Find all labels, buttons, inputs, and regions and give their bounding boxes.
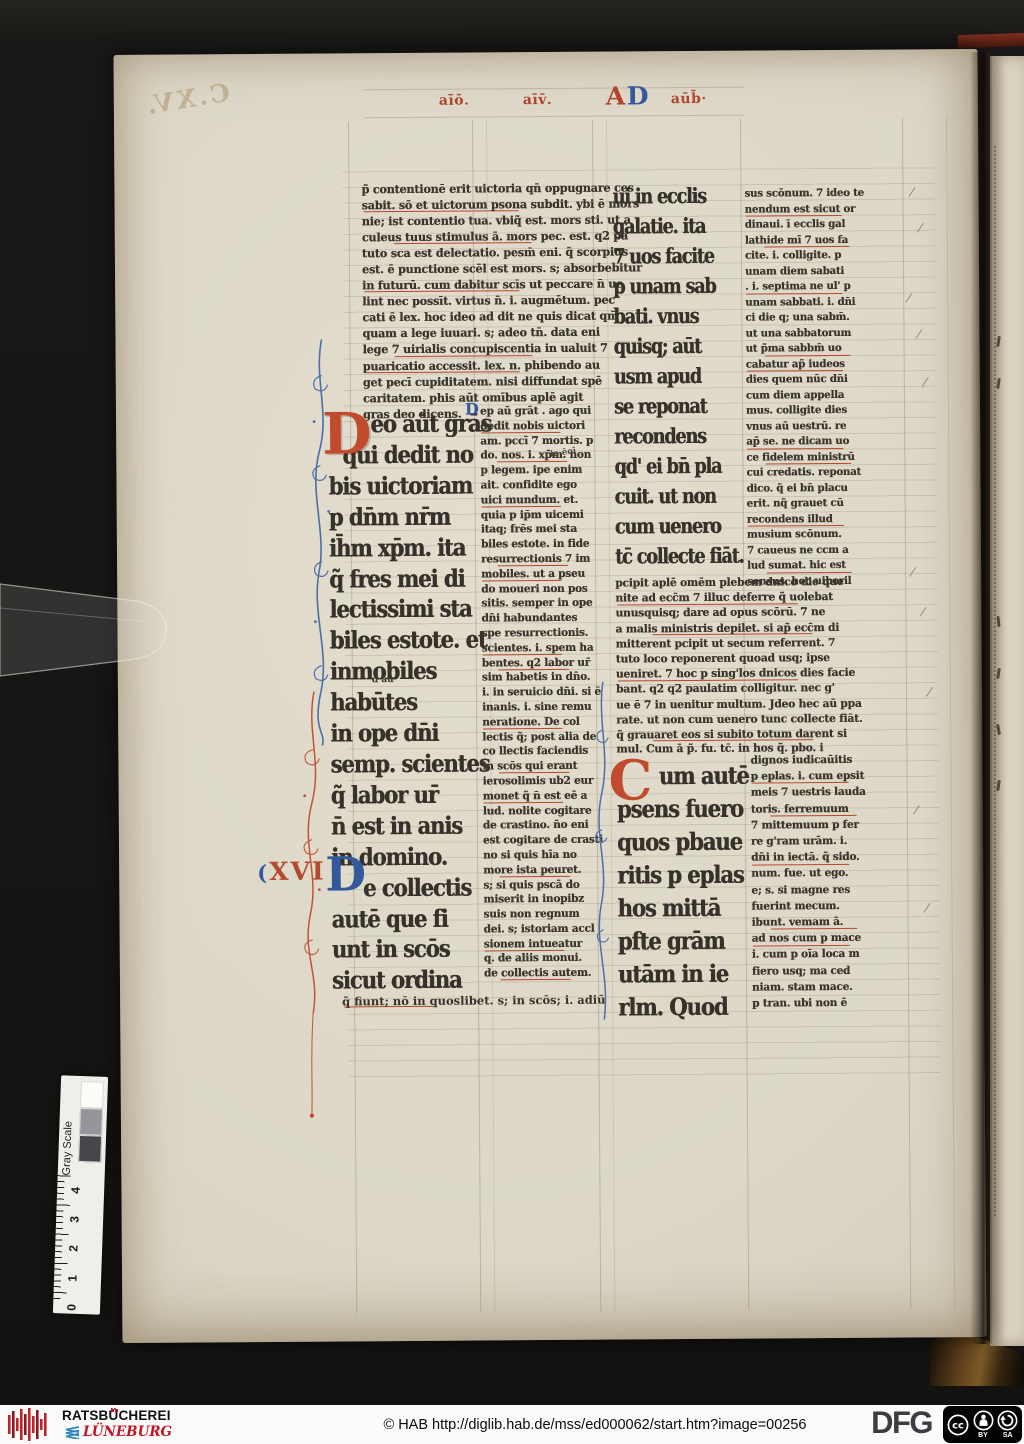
- photo-background: C.XV. aīō. aīv̄. A D aūb̄· p̃ contention…: [0, 0, 1024, 1405]
- running-header-right: aūb̄·: [671, 91, 707, 107]
- svg-text:cc: cc: [952, 1420, 964, 1431]
- gray-scale-patches: [78, 1081, 104, 1163]
- paraph-mark: (: [257, 860, 269, 885]
- showthrough-folio-number: C.XV.: [142, 78, 232, 121]
- main-text-left-column: eo aūt grāsqui dedit nobis uictoriamp dn…: [328, 409, 466, 997]
- cc-license-badge: cc BY SA: [943, 1406, 1022, 1443]
- manuscript-page: C.XV. aīō. aīv̄. A D aūb̄· p̃ contention…: [114, 49, 987, 1343]
- cc-sa-arrow-icon: [997, 1410, 1018, 1431]
- gloss-top-left: p̃ contentionē erit uictoria qn̄ oppugna…: [361, 180, 613, 422]
- blue-penwork-flourish-left: [305, 335, 340, 747]
- cc-by-person-icon: [973, 1410, 994, 1431]
- facing-page-edge: [990, 56, 1024, 1346]
- book-gutter-shadow: [970, 52, 992, 1344]
- running-header-initial-a: A: [606, 81, 626, 110]
- running-header-center: aīv̄.: [523, 92, 553, 108]
- running-header-left: aīō.: [439, 93, 470, 109]
- cc-icon: cc: [947, 1414, 969, 1436]
- red-penwork-flourish-left: [294, 690, 333, 1122]
- cc-by-label: BY: [978, 1432, 988, 1439]
- initial-d-gloss: D: [465, 401, 479, 417]
- library-logo-bars-icon: [6, 1408, 54, 1441]
- library-city: LÜNEBURG: [83, 1424, 172, 1440]
- gloss-right-column: sus scōnum. 7 ideo tenendum est sicut or…: [744, 186, 902, 590]
- gray-scale-label: Gray Scale: [61, 1083, 76, 1175]
- attribution-url: © HAB http://diglib.hab.de/mss/ed000062/…: [384, 1417, 807, 1433]
- main-text-middle-column: ui in ecclisgalatie. ita7 uos facitep un…: [612, 181, 731, 572]
- footer-bar: RATSBÜCHEREI LÜNEBURG © HAB http://digli…: [0, 1405, 1024, 1444]
- book-cover-edge: [958, 33, 1024, 48]
- library-waves-icon: [62, 1426, 80, 1439]
- digitized-manuscript-scan: C.XV. aīō. aīv̄. A D aūb̄· p̃ contention…: [0, 0, 1024, 1444]
- blue-penwork-flourish-center: [590, 680, 618, 1024]
- library-name: RATSBÜCHEREI: [62, 1408, 172, 1423]
- library-logo: RATSBÜCHEREI LÜNEBURG: [62, 1408, 172, 1440]
- gloss-bottom-right-column: dignos iudicaūitisp eplas. i. cum epsitm…: [750, 752, 909, 1012]
- dfg-logo: DFG: [871, 1405, 932, 1442]
- cc-sa-label: SA: [1003, 1432, 1013, 1439]
- ruler-numbers: 43210: [71, 1176, 92, 1322]
- running-header-initial-d: D: [627, 81, 649, 110]
- interlinear-correction: d au: [372, 675, 394, 685]
- transparent-page-holder-tab: [0, 538, 200, 708]
- gloss-full-width-paragraph: pcipit aplē omēm plebem dnico die quenit…: [615, 574, 907, 743]
- gray-scale-ruler: Gray Scale 43210: [53, 1075, 108, 1314]
